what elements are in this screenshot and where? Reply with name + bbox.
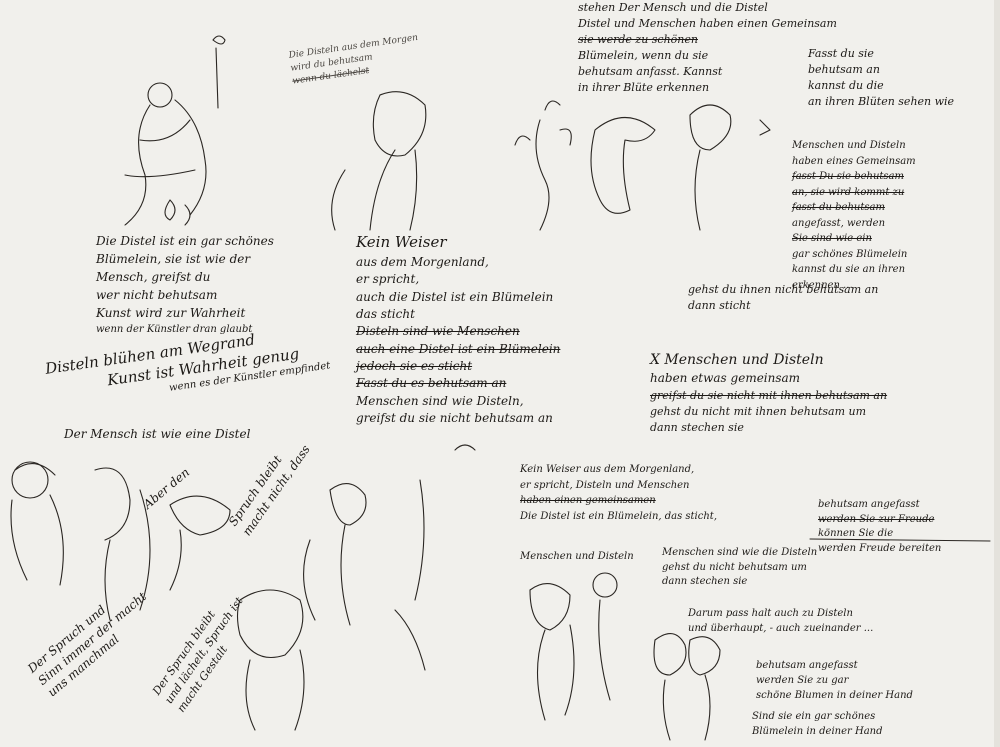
note-line: können Sie die	[818, 527, 941, 542]
note-line: gehst du ihnen nicht behutsam an	[688, 282, 878, 298]
note-line: greifst du sie nicht behutsam an	[356, 410, 560, 427]
note-line: kannst du die	[808, 78, 954, 94]
note-line: dann stechen sie	[662, 575, 817, 590]
note-line-struck: haben einen gemeinsamen	[520, 493, 717, 509]
note-line: Sind sie ein gar schönes	[752, 710, 883, 725]
note-line: behutsam an	[808, 62, 954, 78]
note-bottom-right-b: behutsam angefasst werden Sie zu gar sch…	[756, 658, 913, 703]
note-right-block: Menschen und Disteln haben eines Gemeins…	[792, 138, 916, 293]
note-left-verse: Die Distel ist ein gar schönes Blümelein…	[96, 232, 274, 337]
note-top-right-b: Fasst du sie behutsam an kannst du die a…	[808, 46, 954, 110]
note-line: Darum pass halt auch zu Disteln	[688, 606, 873, 621]
note-line: behutsam anfasst. Kannst	[578, 64, 837, 80]
note-bottom-right-c: Sind sie ein gar schönes Blümelein in de…	[752, 710, 883, 739]
note-line-struck: an, sie wird kommt zu	[792, 185, 916, 201]
note-line: Kein Weiser	[356, 232, 560, 254]
note-line: X Menschen und Disteln	[650, 350, 887, 370]
note-line: gehst du nicht mit ihnen behutsam um	[650, 404, 887, 420]
couple-sketch-right	[654, 634, 720, 740]
note-line: das sticht	[356, 306, 560, 323]
note-line: Blümelein, sie ist wie der	[96, 250, 274, 268]
note-bottom-right-a: Darum pass halt auch zu Disteln und über…	[688, 606, 873, 636]
note-line: dann stechen sie	[650, 420, 887, 436]
note-line: behutsam angefasst	[818, 498, 941, 513]
note-line: Kein Weiser aus dem Morgenland,	[520, 462, 717, 478]
figure-with-thistle-sketch	[125, 36, 225, 225]
note-left-line: Der Mensch ist wie eine Distel	[64, 426, 250, 443]
note-line: werden Freude bereiten	[818, 542, 941, 557]
note-line: Menschen sind wie die Disteln	[662, 546, 817, 561]
note-line: gehst du nicht behutsam um	[662, 561, 817, 576]
note-line: haben eines Gemeinsam	[792, 154, 916, 170]
note-line: gar schönes Blümelein	[792, 247, 916, 263]
note-line: kannst du sie an ihren	[792, 262, 916, 278]
note-line: Der Mensch ist wie eine Distel	[64, 426, 250, 443]
note-top-right-a: stehen Der Mensch und die Distel Distel …	[578, 0, 837, 96]
note-line: dann sticht	[688, 298, 878, 314]
note-line: haben etwas gemeinsam	[650, 370, 887, 387]
note-line: Menschen und Disteln	[792, 138, 916, 154]
note-lower-center-verse: Menschen sind wie die Disteln gehst du n…	[662, 546, 817, 590]
note-line: wer nicht behutsam	[96, 286, 274, 304]
note-line: stehen Der Mensch und die Distel	[578, 0, 837, 16]
note-line: er spricht,	[356, 271, 560, 288]
dog-and-thistle-sketch	[515, 101, 770, 230]
note-line: er spricht, Disteln und Menschen	[520, 478, 717, 494]
note-line: Blümelein in deiner Hand	[752, 725, 883, 740]
note-line: Distel und Menschen haben einen Gemeinsa…	[578, 16, 837, 32]
note-lower-right-box: behutsam angefasst werden Sie zur Freude…	[818, 498, 941, 556]
manuscript-sheet: Die Disteln aus dem Morgen wird du behut…	[0, 0, 1000, 747]
note-line-struck: werden Sie zur Freude	[818, 513, 941, 528]
note-line-struck: fasst Du sie behutsam	[792, 169, 916, 185]
note-line-struck: auch eine Distel ist ein Blümelein	[356, 341, 560, 358]
note-line-struck: Fasst du es behutsam an	[356, 375, 560, 392]
note-line: Mensch, greifst du	[96, 268, 274, 286]
note-line: Menschen sind wie Disteln,	[356, 393, 560, 410]
note-line: auch die Distel ist ein Blümelein	[356, 289, 560, 306]
note-right-mid: gehst du ihnen nicht behutsam an dann st…	[688, 282, 878, 314]
note-menschen-label: Menschen und Disteln	[520, 550, 634, 565]
note-lower-mid-verse: Kein Weiser aus dem Morgenland, er spric…	[520, 462, 717, 524]
note-line: aus dem Morgenland,	[356, 254, 560, 271]
note-line-struck: Sie sind wie ein	[792, 231, 916, 247]
note-line-struck: greifst du sie nicht mit ihnen behutsam …	[650, 388, 887, 404]
note-line-struck: fasst du behutsam	[792, 200, 916, 216]
face-sketch-top	[332, 92, 426, 230]
note-line-struck: sie werde zu schönen	[578, 32, 837, 48]
note-line: angefasst, werden	[792, 216, 916, 232]
note-line: Menschen und Disteln	[520, 550, 634, 565]
note-line-struck: jedoch sie es sticht	[356, 358, 560, 375]
note-line: an ihren Blüten sehen wie	[808, 94, 954, 110]
note-line: werden Sie zu gar	[756, 673, 913, 688]
note-line: Kunst wird zur Wahrheit	[96, 304, 274, 322]
note-line: Die Distel ist ein gar schönes	[96, 232, 274, 250]
note-line: und überhaupt, - auch zueinander ...	[688, 621, 873, 636]
note-line: Blümelein, wenn du sie	[578, 48, 837, 64]
note-mid-right-verse: X Menschen und Disteln haben etwas gemei…	[650, 350, 887, 436]
note-line: behutsam angefasst	[756, 658, 913, 673]
note-line: Fasst du sie	[808, 46, 954, 62]
note-center-verse: Kein Weiser aus dem Morgenland, er spric…	[356, 232, 560, 428]
note-line: schöne Blumen in deiner Hand	[756, 688, 913, 703]
note-line: Die Distel ist ein Blümelein, das sticht…	[520, 509, 717, 525]
note-line-struck: Disteln sind wie Menschen	[356, 323, 560, 340]
note-line: in ihrer Blüte erkennen	[578, 80, 837, 96]
